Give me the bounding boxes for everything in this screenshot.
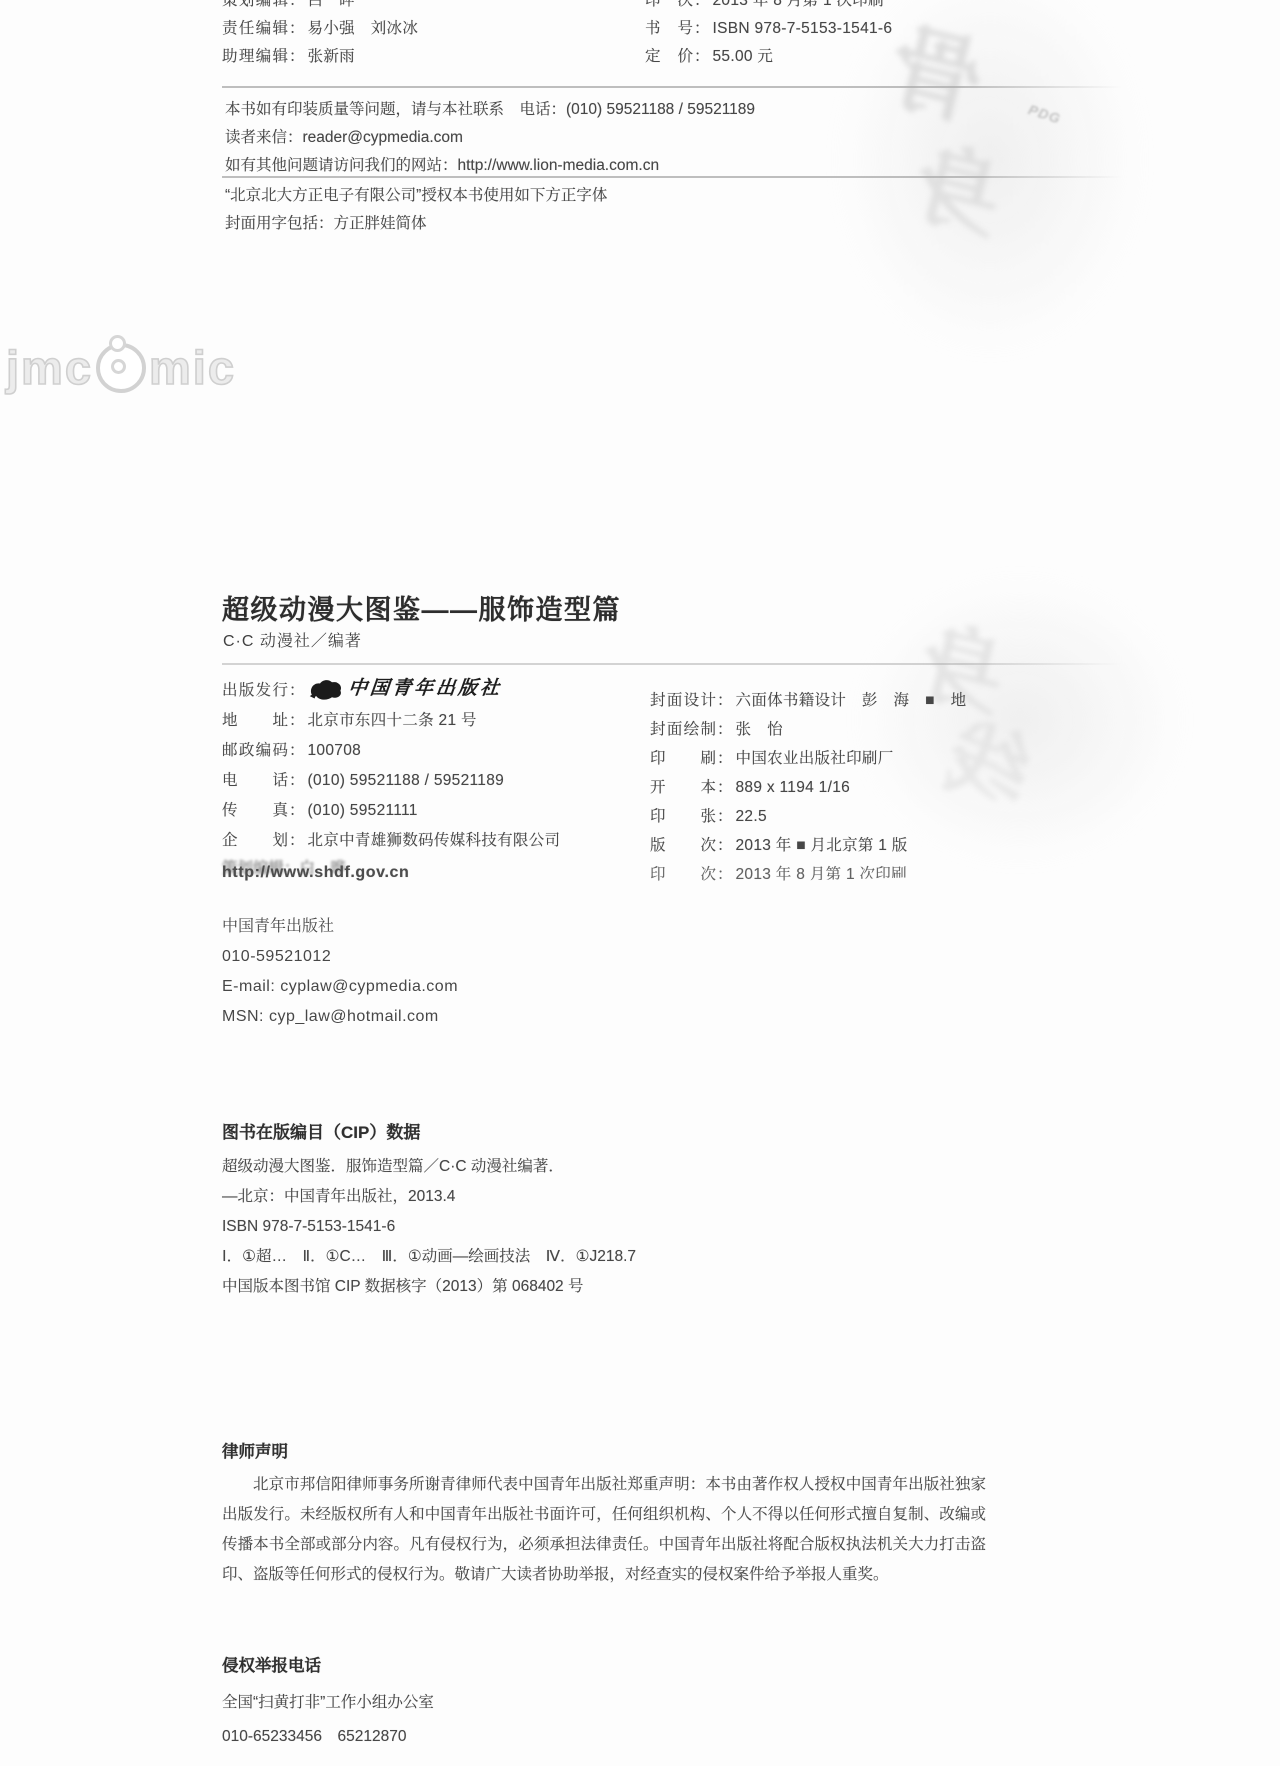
colon: ： xyxy=(288,0,308,9)
field-value: 六面体书籍设计 彭 海 ■ 地 xyxy=(736,692,967,709)
field-value: 100708 xyxy=(308,742,362,759)
publish-row: 企划：北京中青雄狮数码传媒科技有限公司 xyxy=(222,826,560,856)
field-label: 印刷 xyxy=(650,744,716,773)
colon: ： xyxy=(288,712,308,729)
publish-row: 封面设计：六面体书籍设计 彭 海 ■ 地 xyxy=(650,686,966,715)
press-email: E-mail: cyplaw@cypmedia.com xyxy=(222,972,458,1002)
service-line: 本书如有印装质量等问题，请与本社联系 电话：(010) 59521188 / 5… xyxy=(225,96,755,124)
field-value: 张新雨 xyxy=(308,48,355,65)
cip-lines: 超级动漫大图鉴．服饰造型篇／C·C 动漫社编著． —北京：中国青年出版社，201… xyxy=(222,1152,636,1302)
field-value: 北京市东四十二条 21 号 xyxy=(308,712,477,729)
print-meta-block: 印次：2013 年 8 月第 1 次印刷 书号：ISBN 978-7-5153-… xyxy=(645,0,892,71)
colon: ： xyxy=(288,832,308,849)
print-meta-row: 定价：55.00 元 xyxy=(645,43,892,71)
field-value: 55.00 元 xyxy=(713,48,774,65)
field-value: 北京中青雄狮数码传媒科技有限公司 xyxy=(308,832,561,849)
watermark-mascot-icon xyxy=(96,343,146,393)
colon: ： xyxy=(288,742,308,759)
editor-credit-row: 策划编辑：白 晔 xyxy=(222,0,418,15)
field-value: 889 x 1194 1/16 xyxy=(736,779,851,796)
colon: ： xyxy=(716,837,736,854)
field-value: 22.5 xyxy=(736,808,767,825)
field-label: 助理编辑 xyxy=(222,43,288,71)
field-value: 白 晔 xyxy=(308,0,355,9)
divider-line xyxy=(222,663,1122,665)
colon: ： xyxy=(288,48,308,65)
colon: ： xyxy=(716,866,736,883)
book-author: C·C 动漫社／编著 xyxy=(223,628,362,651)
colon: ： xyxy=(716,721,736,738)
cyp-lion-logo-icon xyxy=(308,677,344,702)
book-copyright-page: 骨 身 PDG 身 线 策划编辑：白 晔 责任编辑：易小强 刘冰冰 助理编辑：张… xyxy=(0,0,1280,1766)
field-label: 开本 xyxy=(650,773,716,802)
field-label: 版次 xyxy=(650,831,716,860)
cip-line: 超级动漫大图鉴．服饰造型篇／C·C 动漫社编著． xyxy=(222,1152,636,1182)
editor-credit-row: 助理编辑：张新雨 xyxy=(222,43,418,71)
print-meta-row: 书号：ISBN 978-7-5153-1541-6 xyxy=(645,15,892,43)
field-value: ISBN 978-7-5153-1541-6 xyxy=(713,20,893,37)
field-label: 邮政编码 xyxy=(222,736,288,766)
editor-credits-block: 策划编辑：白 晔 责任编辑：易小强 刘冰冰 助理编辑：张新雨 xyxy=(222,0,418,71)
book-title: 超级动漫大图鉴——服饰造型篇 xyxy=(222,588,621,627)
field-label: 责任编辑 xyxy=(222,15,288,43)
lawyer-statement-body: 北京市邦信阳律师事务所谢青律师代表中国青年出版社郑重声明：本书由著作权人授权中国… xyxy=(222,1470,986,1590)
divider-line xyxy=(222,176,1122,178)
field-value: (010) 59521111 xyxy=(308,802,418,819)
field-value: 易小强 刘冰冰 xyxy=(308,20,419,37)
field-label: 印张 xyxy=(650,802,716,831)
cyp-publisher-logo: 中国青年出版社 xyxy=(308,674,502,704)
colon: ： xyxy=(288,772,308,789)
field-label: 封面设计 xyxy=(650,686,716,715)
colon: ： xyxy=(716,808,736,825)
field-label: 出版发行 xyxy=(222,676,288,706)
press-phone: 010-59521012 xyxy=(222,942,458,972)
publish-row: 印刷：中国农业出版社印刷厂 xyxy=(650,744,966,773)
field-label: 地址 xyxy=(222,706,288,736)
font-license-line: 封面用字包括：方正胖娃简体 xyxy=(225,210,607,238)
colon: ： xyxy=(288,20,308,37)
colon: ： xyxy=(716,779,736,796)
print-meta-row: 印次：2013 年 8 月第 1 次印刷 xyxy=(645,0,892,15)
publish-row: 出版发行：中国青年出版社 xyxy=(222,676,560,706)
font-license-block: “北京北大方正电子有限公司”授权本书使用如下方正字体 封面用字包括：方正胖娃简体 xyxy=(225,182,607,238)
field-label: 定价 xyxy=(645,43,693,71)
font-license-line: “北京北大方正电子有限公司”授权本书使用如下方正字体 xyxy=(225,182,607,210)
colon: ： xyxy=(693,20,713,37)
service-line: 读者来信：reader@cypmedia.com xyxy=(225,124,755,152)
field-label: 传真 xyxy=(222,796,288,826)
jmcomic-watermark: jmc mic xyxy=(6,340,236,395)
colon: ： xyxy=(693,0,713,9)
press-msn: MSN: cyp_law@hotmail.com xyxy=(222,1002,458,1032)
reader-service-block: 本书如有印装质量等问题，请与本社联系 电话：(010) 59521188 / 5… xyxy=(225,96,755,180)
field-label: 策划编辑 xyxy=(222,0,288,15)
cip-heading: 图书在版编目（CIP）数据 xyxy=(222,1118,636,1148)
report-lines: 全国“扫黄打非”工作小组办公室 010-65233456 65212870 xyxy=(222,1686,434,1754)
publish-row: 印张：22.5 xyxy=(650,802,966,831)
publish-row: 地址：北京市东四十二条 21 号 xyxy=(222,706,560,736)
colon: ： xyxy=(693,48,713,65)
field-value: (010) 59521188 / 59521189 xyxy=(308,772,505,789)
field-value: 2013 年 8 月第 1 次印刷 xyxy=(713,0,884,9)
field-label: 电话 xyxy=(222,766,288,796)
press-contact-block: 中国青年出版社 010-59521012 E-mail: cyplaw@cypm… xyxy=(222,912,458,1032)
colon: ： xyxy=(716,750,736,767)
field-value: 2013 年 ■ 月北京第 1 版 xyxy=(736,837,908,854)
editor-credit-row: 责任编辑：易小强 刘冰冰 xyxy=(222,15,418,43)
lawyer-statement-heading: 律师声明 xyxy=(222,1438,288,1462)
publish-row: 邮政编码：100708 xyxy=(222,736,560,766)
press-name: 中国青年出版社 xyxy=(222,912,458,942)
cip-line: —北京：中国青年出版社，2013.4 xyxy=(222,1182,636,1212)
publish-row: 开本：889 x 1194 1/16 xyxy=(650,773,966,802)
divider-line xyxy=(222,86,1122,88)
publish-row: 版次：2013 年 ■ 月北京第 1 版 xyxy=(650,831,966,860)
field-value: 张 怡 xyxy=(736,721,783,738)
field-label: 书号 xyxy=(645,15,693,43)
watermark-text-right: mic xyxy=(149,340,236,395)
cip-line: Ⅰ．①超… Ⅱ．①C… Ⅲ．①动画—绘画技法 Ⅳ．①J218.7 xyxy=(222,1242,636,1272)
cip-line: ISBN 978-7-5153-1541-6 xyxy=(222,1212,636,1242)
cip-line: 中国版本图书馆 CIP 数据核字（2013）第 068402 号 xyxy=(222,1272,636,1302)
publish-info-left: 出版发行：中国青年出版社 地址：北京市东四十二条 21 号 邮政编码：10070… xyxy=(222,676,560,856)
field-value: 中国农业出版社印刷厂 xyxy=(736,750,894,767)
colon: ： xyxy=(716,692,736,709)
publish-info-right: 封面设计：六面体书籍设计 彭 海 ■ 地 封面绘制：张 怡 印刷：中国农业出版社… xyxy=(650,686,966,889)
field-label: 企划 xyxy=(222,826,288,856)
publish-row: 传真：(010) 59521111 xyxy=(222,796,560,826)
report-heading: 侵权举报电话 xyxy=(222,1652,321,1676)
publisher-name-calligraphy: 中国青年出版社 xyxy=(346,674,503,704)
colon: ： xyxy=(288,802,308,819)
field-label: 印次 xyxy=(645,0,693,15)
double-exposure-line: 策划编辑：白 晔 http://www.shdf.gov.cn xyxy=(222,856,652,892)
field-label: 封面绘制 xyxy=(650,715,716,744)
colon: ： xyxy=(288,682,308,699)
publish-row: 电话：(010) 59521188 / 59521189 xyxy=(222,766,560,796)
shdf-url-text: http://www.shdf.gov.cn xyxy=(222,864,409,882)
report-office-line: 全国“扫黄打非”工作小组办公室 xyxy=(222,1686,434,1720)
cip-block: 图书在版编目（CIP）数据 超级动漫大图鉴．服饰造型篇／C·C 动漫社编著． —… xyxy=(222,1118,636,1302)
publish-row: 封面绘制：张 怡 xyxy=(650,715,966,744)
report-phone-line: 010-65233456 65212870 xyxy=(222,1720,434,1754)
watermark-text-left: jmc xyxy=(6,340,93,395)
